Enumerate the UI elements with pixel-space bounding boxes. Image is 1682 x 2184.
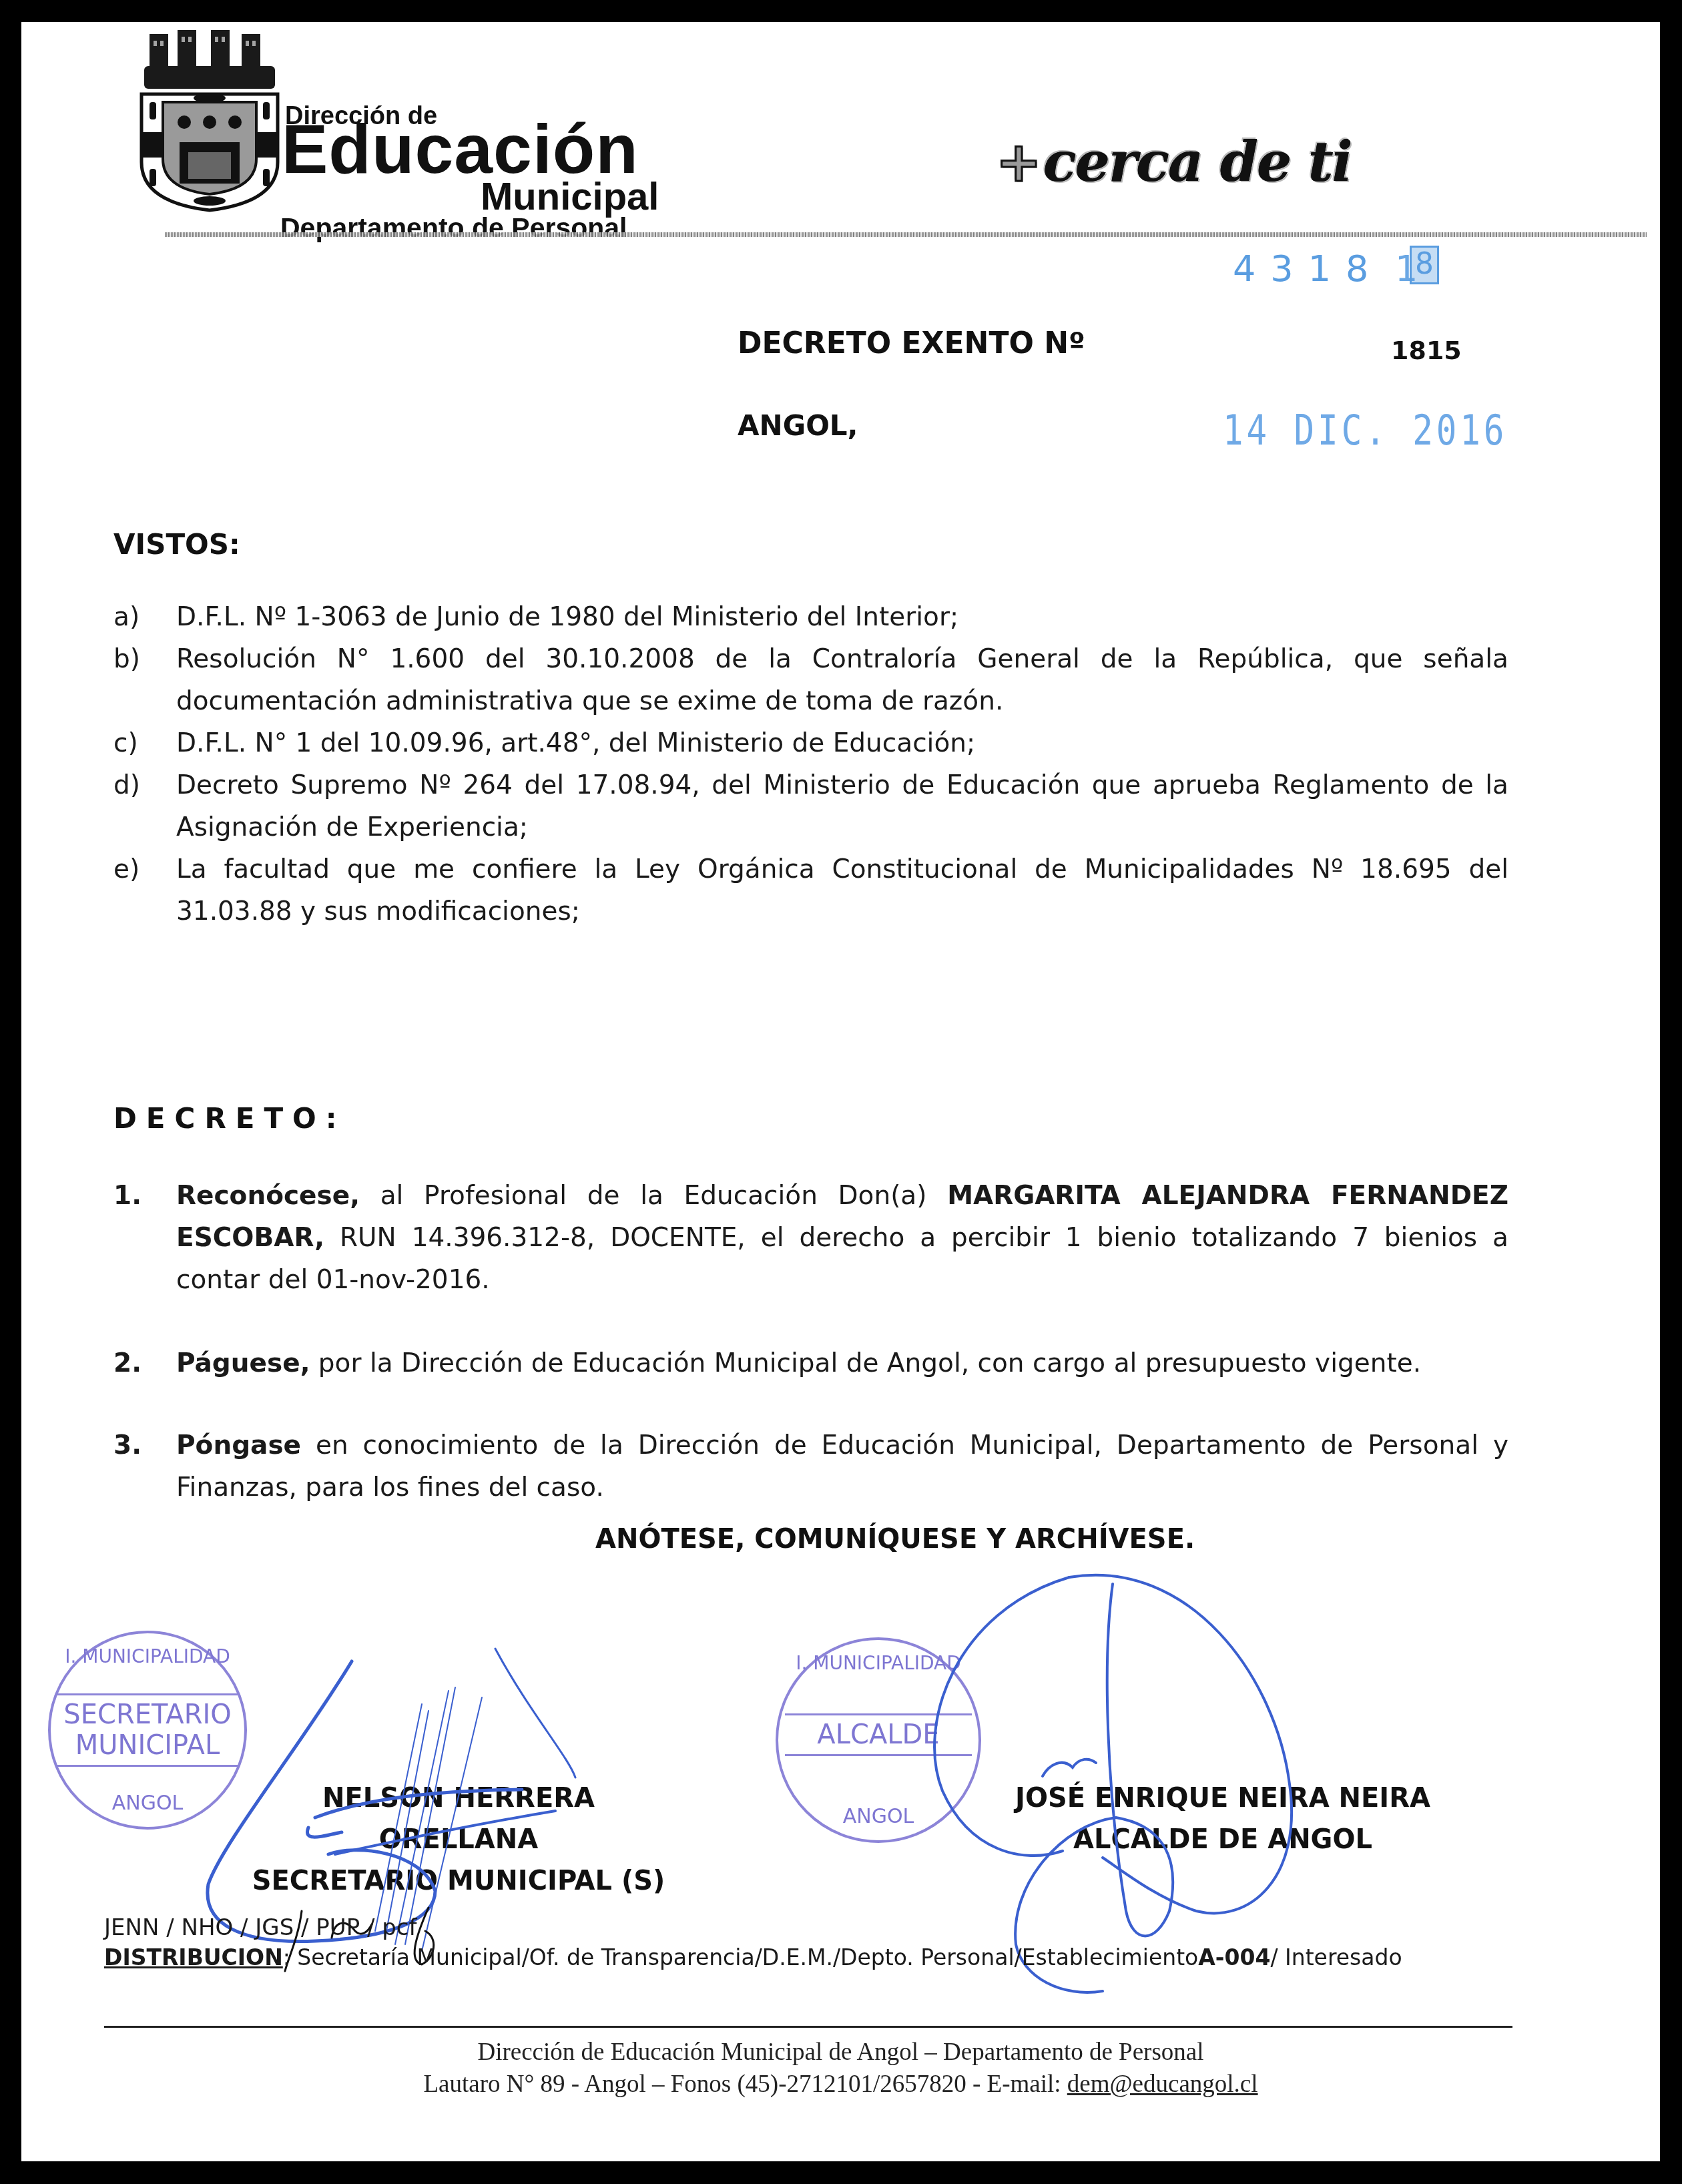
footer-institution: Dirección de Educación Municipal de Ango… [21, 2038, 1660, 2067]
decreto-heading: DECRETO: [113, 1102, 346, 1135]
vistos-list: a)D.F.L. Nº 1-3063 de Junio de 1980 del … [113, 596, 1508, 932]
decreto-item: 2. Páguese, por la Dirección de Educació… [113, 1342, 1508, 1384]
secretario-seal: I. MUNICIPALIDAD SECRETARIO MUNICIPAL AN… [48, 1631, 247, 1830]
document-page: Dirección de Educación Municipal Departa… [21, 22, 1660, 2161]
footer-contact: Lautaro N° 89 - Angol – Fonos (45)-27121… [21, 2070, 1660, 2099]
registry-stamp-box: 8 [1410, 246, 1439, 284]
distribution-line: DISTRIBUCION: Secretaría Municipal/Of. d… [104, 1944, 1402, 1970]
vistos-heading: VISTOS: [113, 528, 240, 561]
signatory-name: NELSON HERRERA ORELLANA [242, 1778, 675, 1860]
letterhead-department: Departamento de Personal [280, 212, 627, 244]
signatory-role: SECRETARIO MUNICIPAL (S) [242, 1860, 675, 1902]
date-stamp: 14 DIC. 2016 [1223, 406, 1507, 455]
signatory-name: JOSÉ ENRIQUE NEIRA NEIRA [1009, 1778, 1436, 1819]
vistos-item: a)D.F.L. Nº 1-3063 de Junio de 1980 del … [113, 596, 1508, 638]
distribution-label: DISTRIBUCION [104, 1944, 283, 1970]
vistos-item: c)D.F.L. N° 1 del 10.09.96, art.48°, del… [113, 722, 1508, 764]
vistos-item: e)La facultad que me confiere la Ley Org… [113, 848, 1508, 932]
plus-icon: + [996, 130, 1041, 194]
decreto-item: 3. Póngase en conocimiento de la Direcci… [113, 1424, 1508, 1509]
vistos-item: d)Decreto Supremo Nº 264 del 17.08.94, d… [113, 764, 1508, 848]
decree-title: DECRETO EXENTO Nº [738, 326, 1085, 360]
signatory-role: ALCALDE DE ANGOL [1009, 1819, 1436, 1860]
closing-formula: ANÓTESE, COMUNÍQUESE Y ARCHÍVESE. [595, 1524, 1195, 1555]
decreto-list: 1. Reconócese, al Profesional de la Educ… [113, 1175, 1508, 1509]
signatory-alcalde: JOSÉ ENRIQUE NEIRA NEIRA ALCALDE DE ANGO… [1009, 1778, 1436, 1860]
slogan-logo: +cerca de ti [996, 130, 1352, 194]
decreto-item: 1. Reconócese, al Profesional de la Educ… [113, 1175, 1508, 1301]
alcalde-seal: I. MUNICIPALIDAD ALCALDE ANGOL [776, 1637, 981, 1843]
letterhead-divider [165, 232, 1647, 237]
slogan-text: cerca de ti [1043, 130, 1352, 194]
initials-line: JENN / NHO / JGS / PUP / pcf [104, 1914, 417, 1941]
place-label: ANGOL, [738, 409, 858, 442]
vistos-item: b)Resolución N° 1.600 del 30.10.2008 de … [113, 638, 1508, 722]
registry-stamp-number: 4318 [1233, 248, 1383, 290]
email-link[interactable]: dem@educangol.cl [1067, 2071, 1258, 2098]
municipal-crest-icon [136, 22, 283, 212]
footer-divider [104, 2026, 1512, 2028]
signatory-secretario: NELSON HERRERA ORELLANA SECRETARIO MUNIC… [242, 1778, 675, 1902]
decree-number: 1815 [1391, 336, 1462, 365]
